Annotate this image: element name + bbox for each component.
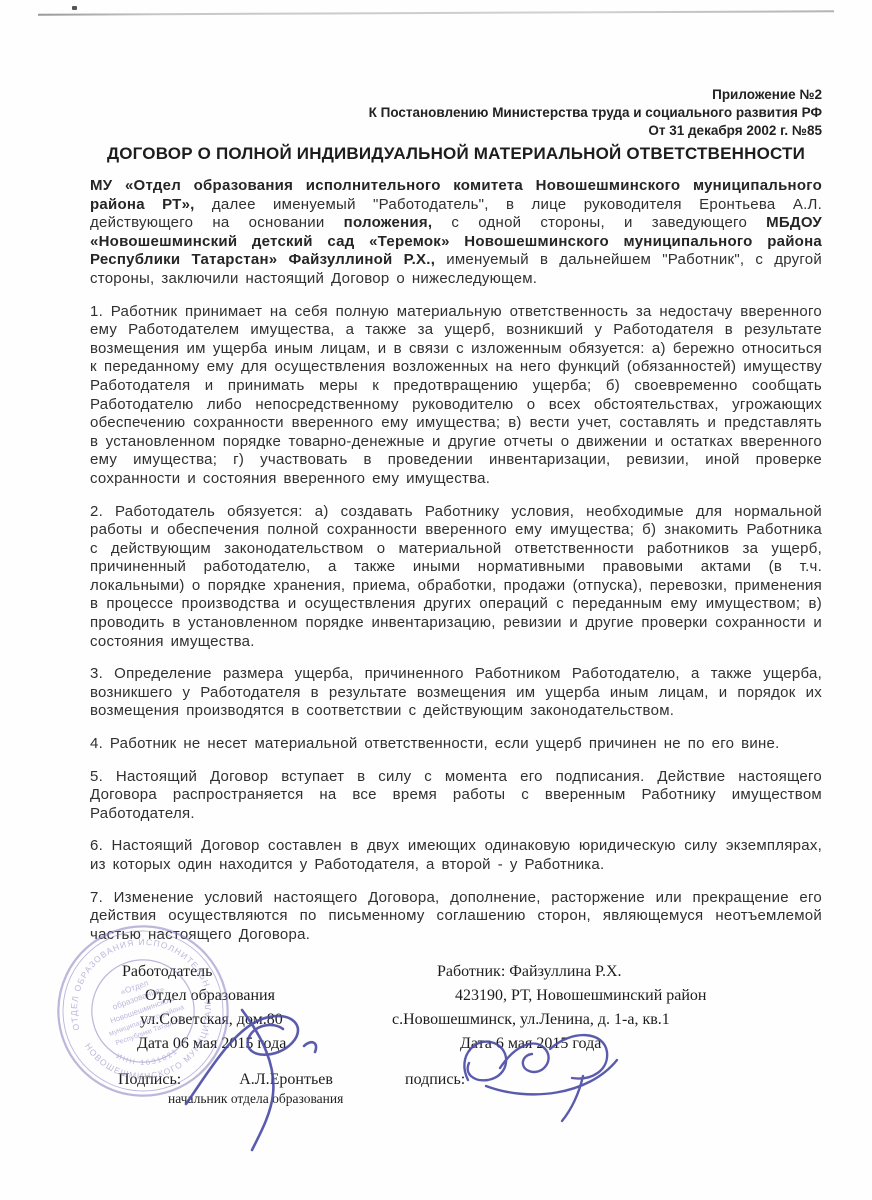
clause-1: 1. Работник принимает на себя полную мат… <box>90 303 822 489</box>
employer-org: Отдел образования <box>145 984 343 1008</box>
employer-sign-label: Подпись: <box>118 1071 181 1088</box>
intro-basis: положения, <box>344 214 452 231</box>
employer-signature-column: Работодатель Отдел образования ул.Советс… <box>118 960 343 1109</box>
signature-block: Работодатель Отдел образования ул.Советс… <box>90 952 822 1182</box>
document-content: Приложение №2 К Постановлению Министерст… <box>0 0 872 1182</box>
document-header: Приложение №2 К Постановлению Министерст… <box>90 86 822 140</box>
clause-6: 6. Настоящий Договор составлен в двух им… <box>90 837 822 874</box>
clause-4: 4. Работник не несет материальной ответс… <box>90 735 822 754</box>
employer-date: Дата 06 мая 2015 года <box>137 1032 343 1056</box>
employee-sign-label: подпись: <box>405 1071 465 1088</box>
clause-7: 7. Изменение условий настоящего Договора… <box>90 889 822 945</box>
employer-position: начальник отдела образования <box>168 1089 343 1109</box>
header-decree-reference: К Постановлению Министерства труда и соц… <box>90 104 822 122</box>
header-decree-date: От 31 декабря 2002 г. №85 <box>90 122 822 140</box>
header-annex-number: Приложение №2 <box>90 86 822 104</box>
employer-address: ул.Советская, дом.80 <box>140 1008 343 1032</box>
employee-role: Работник: Файзуллина Р.Х. <box>437 960 706 984</box>
employer-name: А.Л.Еронтьев <box>239 1071 333 1088</box>
intro-paragraph: МУ «Отдел образования исполнительного ко… <box>90 177 822 289</box>
intro-run: с одной стороны, и заведующего <box>451 214 766 231</box>
employee-date: Дата 6 мая 2015 года <box>460 1032 706 1056</box>
scanned-contract-page: Приложение №2 К Постановлению Министерст… <box>0 0 872 1200</box>
employee-address2: с.Новошешминск, ул.Ленина, д. 1-а, кв.1 <box>392 1008 706 1032</box>
employer-role: Работодатель <box>122 960 343 984</box>
document-title: ДОГОВОР О ПОЛНОЙ ИНДИВИДУАЛЬНОЙ МАТЕРИАЛ… <box>90 143 822 164</box>
clause-3: 3. Определение размера ущерба, причиненн… <box>90 665 822 721</box>
clause-2: 2. Работодатель обязуется: а) создавать … <box>90 503 822 652</box>
scan-artifact-speck <box>72 6 77 10</box>
employee-address1: 423190, РТ, Новошешминский район <box>455 984 706 1008</box>
employee-signature-column: Работник: Файзуллина Р.Х. 423190, РТ, Но… <box>390 960 706 1089</box>
clause-5: 5. Настоящий Договор вступает в силу с м… <box>90 768 822 824</box>
